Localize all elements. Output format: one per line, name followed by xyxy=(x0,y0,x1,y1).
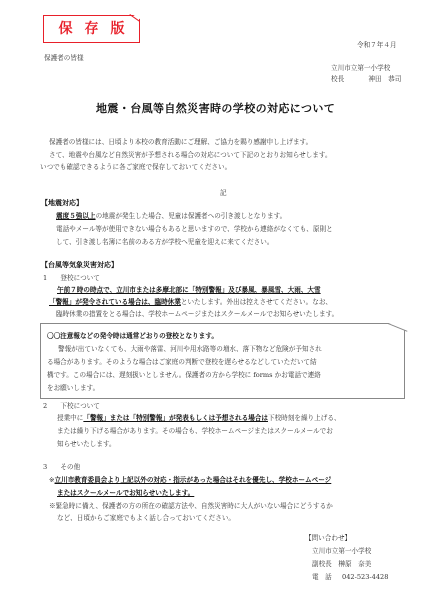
section-2-number: 2 xyxy=(43,402,47,410)
section-1-line-3: 臨時休業の措置をとる場合は、学校ホームページまたはスクールメールでお知らせいたし… xyxy=(56,311,338,318)
section-3-number: 3 xyxy=(43,463,47,471)
notice-heading: 〇〇注意報などの発令時は通常どおりの登校となります。 xyxy=(47,333,218,340)
contact-phone: 電 話 042-523-4428 xyxy=(312,574,388,581)
phone-label: 電 話 xyxy=(312,573,332,581)
stamp-label: 保存版 xyxy=(47,22,137,36)
section-1-line-2-rest: といたします。外出は控えさせてください。なお、 xyxy=(181,298,332,306)
school-name: 立川市立第一小学校 xyxy=(331,65,390,72)
earthquake-line-1-rest: の地震が発生した場合、児童は保護者への引き渡しとなります。 xyxy=(96,212,287,220)
intro-line-2: さて、地震や台風など自然災害が予想される場合の対応について下記のとおりお知らせし… xyxy=(49,152,332,159)
contact-school: 立川市立第一小学校 xyxy=(312,548,371,555)
contact-heading: 【問い合わせ】 xyxy=(305,535,351,542)
section-2-label: 下校について xyxy=(60,402,99,410)
earthquake-heading: 【地震対応】 xyxy=(41,200,83,207)
earthquake-line-2: 電話やメール等が使用できない場合もあると思いますので、学校から連絡がなくても、原… xyxy=(56,226,333,233)
section-2-pre: 授業中に xyxy=(57,414,83,422)
section-3-title: 3 その他 xyxy=(43,464,80,471)
section-2-title: 2 下校について xyxy=(43,403,100,410)
earthquake-line-1: 震度５強以上の地震が発生した場合、児童は保護者への引き渡しとなります。 xyxy=(56,213,286,220)
preservation-stamp: 保存版 xyxy=(43,15,140,43)
ki-marker: 記 xyxy=(220,190,227,197)
section-2-emph: 「警報」または「特別警報」が発表もしくは予想される場合は xyxy=(83,414,268,422)
section-3-note-2-line-2: など、日頃からご家庭でもよく話し合っておいてください。 xyxy=(57,515,235,522)
page-title: 地震・台風等自然災害時の学校の対応について xyxy=(96,103,335,114)
principal-title: 校長 xyxy=(331,75,344,83)
section-3-note-1-line-1: ※立川市教育委員会より上記以外の対応・指示があった場合はそれを優先し、学校ホーム… xyxy=(49,477,331,484)
section-3-note-1-line-2: またはスクールメールでお知らせいたします。 xyxy=(57,490,194,497)
section-2-rest: 下校時刻を繰り上げる、 xyxy=(268,414,341,422)
notice-line-2: る場合があります。そのような場合はご家庭の判断で登校を遅らせるなどしていただいて… xyxy=(47,359,317,366)
date: 令和７年４月 xyxy=(357,42,397,49)
principal: 校長 神田 恭司 xyxy=(331,76,401,83)
principal-name: 神田 恭司 xyxy=(368,75,401,83)
notice-line-3: 構です。この場合には、遅刻扱いとしません。保護者の方から学校に forms かお… xyxy=(47,372,321,379)
section-1-label: 登校について xyxy=(60,274,99,282)
section-2-line-3: 知らせいたします。 xyxy=(57,441,116,448)
earthquake-emph: 震度５強以上 xyxy=(56,212,96,220)
intro-line-1: 保護者の皆様には、日頃より本校の教育活動にご理解、ご協力を賜り感謝申し上げます。 xyxy=(49,139,312,146)
earthquake-line-3: して、引き渡し名簿に名前のある方が学校へ児童を迎えに来てください。 xyxy=(56,239,273,246)
section-1-title: 1 登校について xyxy=(43,275,100,282)
intro-line-3: いつでも確認できるように各ご家庭で保存しておいてください。 xyxy=(40,164,231,171)
section-1-line-1: 午前７時の時点で、立川市または多摩北部に「特別警報」及び暴風、暴風雪、大雨、大雪 xyxy=(57,287,321,294)
contact-vice-principal: 副校長 榊原 奈美 xyxy=(312,561,371,568)
section-3-note-2-line-1: ※緊急時に備え、保護者の方の所在の確認方法や、自然災害時に大人がいない場合にどう… xyxy=(49,503,333,510)
section-1-number: 1 xyxy=(43,274,47,282)
notice-box-edge xyxy=(404,330,405,399)
section-3-label: その他 xyxy=(60,463,80,471)
notice-line-4: をお願いします。 xyxy=(47,385,99,392)
note-1-emph: 立川市教育委員会より上記以外の対応・指示があった場合はそれを優先し、学校ホームペ… xyxy=(55,476,332,484)
section-1-emph: 「警報」が発令されている場合は、臨時休業 xyxy=(49,298,181,306)
section-2-line-2: または繰り下げる場合があります。その場合も、学校ホームページまたはスクールメール… xyxy=(57,428,333,435)
recipient: 保護者の皆様 xyxy=(44,55,84,62)
section-1-line-2: 「警報」が発令されている場合は、臨時休業といたします。外出は控えさせてください。… xyxy=(49,299,332,306)
notice-line-1: 警報が出ていなくても、大雨や落雷、河川や用水路等の増水、落下物など危険が予知され xyxy=(58,346,322,353)
section-2-line-1: 授業中に「警報」または「特別警報」が発表もしくは予想される場合は下校時刻を繰り上… xyxy=(57,415,341,422)
phone-number: 042-523-4428 xyxy=(342,573,388,581)
weather-heading: 【台風等気象災害対応】 xyxy=(41,262,118,269)
